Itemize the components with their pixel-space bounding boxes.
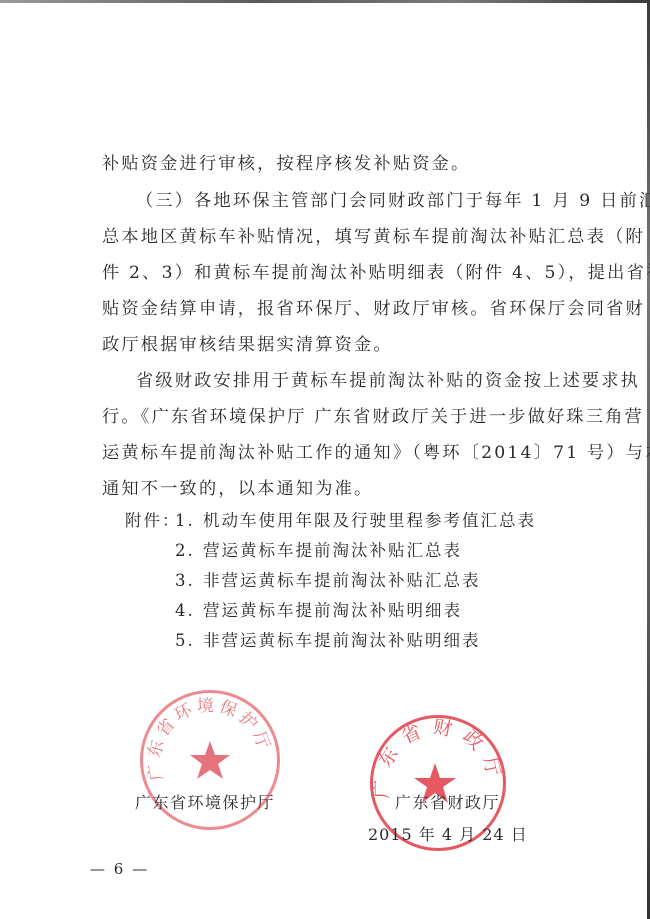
paragraph-line: 通知不一致的，以本通知为准。: [102, 478, 373, 500]
document-date: 2015 年 4 月 24 日: [368, 822, 528, 845]
attachment-title: 非营运黄标车提前淘汰补贴汇总表: [203, 570, 481, 592]
scan-edge-top: [0, 0, 650, 3]
attachment-title: 非营运黄标车提前淘汰补贴明细表: [203, 630, 481, 652]
page-number: — 6 —: [90, 860, 149, 878]
paragraph-line: 行。《广东省环境保护厅 广东省财政厅关于进一步做好珠三角营: [102, 406, 644, 428]
paragraph-line: 贴资金结算申请，报省环保厅、财政厅审核。省环保厅会同省财: [102, 298, 645, 320]
attachment-title: 营运黄标车提前淘汰补贴明细表: [203, 600, 462, 622]
paragraph-line: 省级财政安排用于黄标车提前淘汰补贴的资金按上述要求执: [136, 370, 640, 392]
attachment-title: 机动车使用年限及行驶里程参考值汇总表: [203, 510, 536, 532]
attachment-number: 4.: [175, 600, 195, 622]
paragraph-line: 运黄标车提前淘汰补贴工作的通知》（粤环〔2014〕71 号）与本: [102, 442, 650, 464]
attachment-number: 2.: [175, 540, 195, 562]
paragraph-line: 补贴资金进行审核，按程序核发补贴资金。: [102, 153, 470, 175]
paragraph-line: 政厅根据审核结果据实清算资金。: [102, 334, 393, 356]
attachment-number: 5.: [175, 630, 195, 652]
attachment-title: 营运黄标车提前淘汰补贴汇总表: [203, 540, 462, 562]
signature-environment-dept: 广东省环境保护厅: [135, 790, 275, 813]
signature-finance-dept: 广东省财政厅: [395, 790, 500, 813]
paragraph-line: 总本地区黄标车补贴情况，填写黄标车提前淘汰补贴汇总表（附: [102, 226, 645, 248]
paragraph-line: （三）各地环保主管部门会同财政部门于每年 1 月 9 日前汇: [136, 190, 650, 212]
attachment-number: 1.: [175, 510, 195, 532]
attachments-label: 附件：: [125, 510, 181, 532]
paragraph-line: 件 2、3）和黄标车提前淘汰补贴明细表（附件 4、5），提出省补: [102, 262, 650, 284]
attachment-number: 3.: [175, 570, 195, 592]
